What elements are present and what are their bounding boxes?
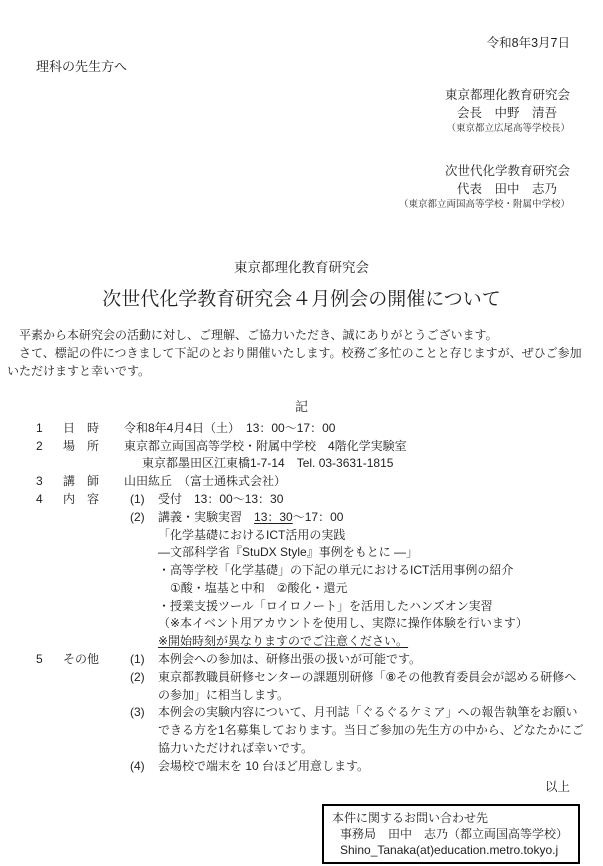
sub-item-reception: (1) 受付 13：00～13：30 [124,491,603,509]
document-page: 令和8年3月7日 理科の先生方へ 東京都理化教育研究会 会長 中野 清吾 （東京… [0,0,603,866]
item-label: 場 所 [63,438,124,474]
sub-item-text: 講義・実験実習 13：30～17：00 [158,509,588,527]
start-time-note: ※開始時刻が異なりますのでご注意ください。 [124,633,603,651]
list-item-lecturer: 3 講 師 山田紘丘 （富士通株式会社） [0,473,603,491]
contact-email: Shino_Tanaka(at)education.metro.tokyo.j [332,842,570,858]
contact-person: 事務局 田中 志乃（都立両国高等学校） [332,826,570,842]
list-item-place: 2 場 所 東京都立両国高等学校・附属中学校 4階化学実験室 東京都墨田区江東橋… [0,438,603,474]
record-list: 1 日 時 令和8年4月4日（土） 13：00～17：00 2 場 所 東京都立… [0,420,603,776]
item-number: 5 [36,651,63,776]
addressee: 理科の先生方へ [36,58,603,76]
item-label: 日 時 [63,420,124,438]
sender1-affiliation: （東京都立広尾高等学校長） [0,122,570,136]
list-item-contents: 4 内 容 (1) 受付 13：00～13：30 (2) 講義・実験実習 13：… [0,491,603,651]
sub-item: (4) 会場校で端末を 10 台ほど用意します。 [124,758,603,776]
greeting-paragraph: 平素から本研究会の活動に対し、ご理解、ご協力いただき、誠にありがとうございます。 [7,326,585,344]
list-item-other: 5 その他 (1) 本例会への参加は、研修出張の扱いが可能です。 (2) 東京都… [0,651,603,776]
document-title: 次世代化学教育研究会４月例会の開催について [0,286,603,313]
lecture-start-time: 13：30 [254,510,293,524]
sender2-affiliation: （東京都立両国高等学校・附属中学校） [0,198,570,212]
sub-item-text: 本例会への参加は、研修出張の扱いが可能です。 [158,651,588,669]
item-number: 3 [36,473,63,491]
sub-item-text: 会場校で端末を 10 台ほど用意します。 [158,758,588,776]
announcement-paragraph: さて、標記の件につきまして下記のとおり開催いたします。校務ご多忙のことと存じます… [7,344,585,380]
item-value: 山田紘丘 （富士通株式会社） [124,473,603,491]
sub-item: (2) 東京都教職員研修センターの課題別研修「⑧その他教育委員会が認める研修への… [124,669,603,705]
item-value: 令和8年4月4日（土） 13：00～17：00 [124,420,603,438]
lecture-detail-ict: ・高等学校「化学基礎」の下記の単元におけるICT活用事例の紹介 [124,562,603,580]
sub-item-number: (1) [130,491,158,509]
sender1-organization: 東京都理化教育研究会 [0,86,570,104]
item-number: 4 [36,491,63,651]
organization-heading: 東京都理化教育研究会 [0,258,603,278]
closing-marker: 以上 [0,778,603,796]
lecture-detail-units: ①酸・塩基と中和 ②酸化・還元 [124,580,603,598]
lecture-time-prefix: 講義・実験実習 [158,510,254,524]
sub-item-number: (3) [130,704,158,757]
lecture-detail-account: （※本イベント用アカウントを使用し、実際に操作体験を行います） [124,615,603,633]
sender-block: 東京都理化教育研究会 会長 中野 清吾 （東京都立広尾高等学校長） 次世代化学教… [0,86,603,212]
sender2-person: 代表 田中 志乃 [0,180,570,198]
record-marker: 記 [0,398,603,416]
sender2-organization: 次世代化学教育研究会 [0,162,570,180]
item-label: 講 師 [63,473,124,491]
sub-item-text: 東京都教職員研修センターの課題別研修「⑧その他教育委員会が認める研修への参加」に… [158,669,588,705]
item-value: (1) 本例会への参加は、研修出張の扱いが可能です。 (2) 東京都教職員研修セ… [124,651,603,776]
contact-box: 本件に関するお問い合わせ先 事務局 田中 志乃（都立両国高等学校） Shino_… [322,804,580,864]
sub-item-number: (2) [130,669,158,705]
sub-item: (3) 本例会の実験内容について、月刊誌「ぐるぐるケミア」への報告執筆をお願いで… [124,704,603,757]
sender1-person: 会長 中野 清吾 [0,104,570,122]
sub-item-number: (1) [130,651,158,669]
item-value: 東京都立両国高等学校・附属中学校 4階化学実験室 東京都墨田区江東橋1-7-14… [124,438,603,474]
sub-item-lecture: (2) 講義・実験実習 13：30～17：00 [124,509,603,527]
lecture-detail-handson: ・授業支援ツール「ロイロノート」を活用したハンズオン実習 [124,598,603,616]
item-number: 1 [36,420,63,438]
sub-item-text: 受付 13：00～13：30 [158,491,588,509]
sub-item-number: (4) [130,758,158,776]
item-label: その他 [63,651,124,776]
lecture-title-line1: 「化学基礎におけるICT活用の実践 [124,527,603,545]
item-label: 内 容 [63,491,124,651]
lecture-title-line2: ―文部科学省『StuDX Style』事例をもとに ―」 [124,544,603,562]
place-name: 東京都立両国高等学校・附属中学校 4階化学実験室 [124,438,603,456]
list-item-datetime: 1 日 時 令和8年4月4日（土） 13：00～17：00 [0,420,603,438]
lecture-end-time: ～17：00 [293,510,344,524]
sub-item-text: 本例会の実験内容について、月刊誌「ぐるぐるケミア」への報告執筆をお願いできる方を… [158,704,588,757]
place-address: 東京都墨田区江東橋1-7-14 Tel. 03-3631-1815 [124,455,603,473]
item-number: 2 [36,438,63,474]
document-date: 令和8年3月7日 [0,0,603,52]
body-text: 平素から本研究会の活動に対し、ご理解、ご協力いただき、誠にありがとうございます。… [7,326,585,380]
sub-item: (1) 本例会への参加は、研修出張の扱いが可能です。 [124,651,603,669]
sub-item-number: (2) [130,509,158,527]
item-value: (1) 受付 13：00～13：30 (2) 講義・実験実習 13：30～17：… [124,491,603,651]
contact-heading: 本件に関するお問い合わせ先 [332,810,570,826]
